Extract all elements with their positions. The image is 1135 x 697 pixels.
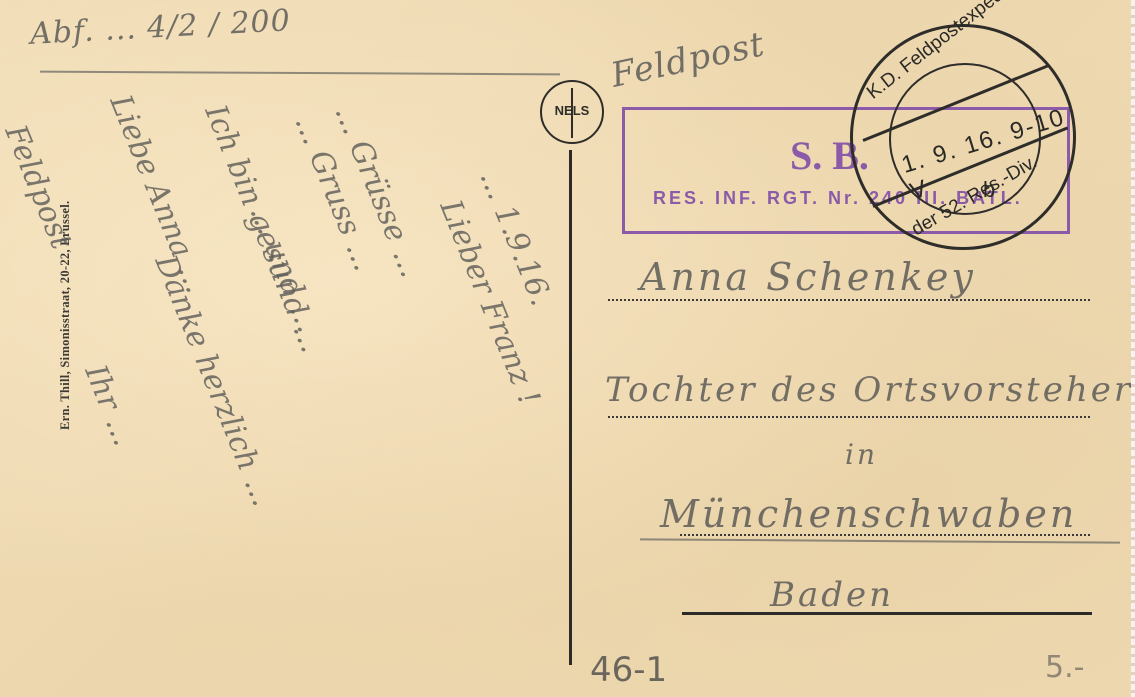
archive-note-price: 5.- (1045, 650, 1084, 685)
address-rule-4 (682, 612, 1092, 615)
nels-logo-icon: NELS (540, 80, 604, 144)
top-reference-note: Abf. ... 4/2 / 200 (29, 3, 291, 52)
address-in: in (845, 438, 878, 471)
message-line: Feldpost (0, 120, 79, 254)
address-underline (640, 538, 1120, 543)
postcard: Abf. ... 4/2 / 200 Ern. Thill, Simonisst… (0, 0, 1135, 697)
message-line: Ihr ... (78, 360, 142, 451)
feldpost-postmark: K.D. Feldpostexped. 1. 9. 16. 9-10 V b d… (850, 24, 1076, 250)
address-name: Anna Schenkey (640, 255, 976, 299)
address-title: Tochter des Ortsvorstehers (605, 370, 1135, 410)
address-rule-2 (608, 416, 1090, 418)
message-line: ... und ... (243, 200, 326, 337)
logo-text: NELS (542, 103, 602, 118)
top-pencil-rule (40, 71, 560, 76)
address-rule-3 (680, 534, 1090, 536)
message-line: Danke herzlich ... (148, 250, 281, 511)
feldpost-header: Feldpost (608, 24, 769, 96)
archive-note-lot: 46-1 (590, 650, 667, 690)
address-town: Münchenschwaben (660, 492, 1077, 536)
address-rule-1 (608, 299, 1090, 301)
center-divider (569, 150, 572, 665)
address-region: Baden (770, 575, 894, 615)
